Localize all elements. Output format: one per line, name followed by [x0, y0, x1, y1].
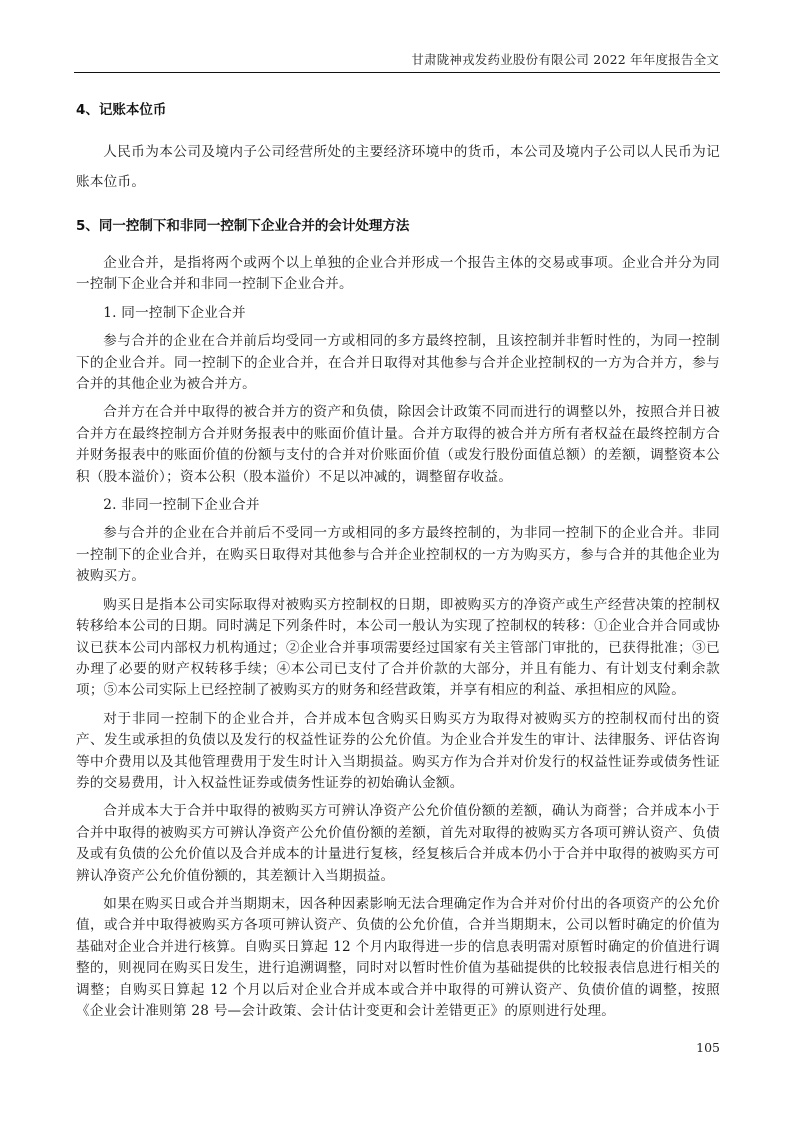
- spacer: [76, 296, 720, 303]
- spacer: [76, 887, 720, 894]
- spacer: [76, 516, 720, 523]
- subsection-1-paragraph: 参与合并的企业在合并前后均受同一方或相同的多方最终控制，且该控制并非暂时性的，为…: [76, 331, 720, 395]
- section-5-intro-paragraph: 企业合并，是指将两个或两个以上单独的企业合并形成一个报告主体的交易或事项。企业合…: [76, 253, 720, 296]
- spacer: [76, 395, 720, 402]
- section-4-heading: 4、记账本位币: [76, 99, 720, 121]
- section-5-heading: 5、同一控制下和非同一控制下企业合并的会计处理方法: [76, 215, 720, 237]
- header-divider: [74, 72, 720, 73]
- subsection-2-paragraph: 购买日是指本公司实际取得对被购买方控制权的日期，即被购买方的净资产或生产经营决策…: [76, 595, 720, 702]
- spacer: [76, 488, 720, 495]
- subsection-2-title: 2. 非同一控制下企业合并: [76, 495, 720, 516]
- spacer: [76, 237, 720, 253]
- spacer: [76, 324, 720, 331]
- subsection-2-paragraph: 合并成本大于合并中取得的被购买方可辨认净资产公允价值份额的差额，确认为商誉；合并…: [76, 801, 720, 887]
- spacer: [76, 702, 720, 709]
- section-4-paragraph: 人民币为本公司及境内子公司经营所处的主要经济环境中的货币，本公司及境内子公司以人…: [76, 137, 720, 197]
- page-number: 105: [690, 1040, 720, 1056]
- spacer: [76, 794, 720, 801]
- document-body: 4、记账本位币 人民币为本公司及境内子公司经营所处的主要经济环境中的货币，本公司…: [76, 99, 720, 1022]
- spacer: [76, 197, 720, 215]
- subsection-2-paragraph: 参与合并的企业在合并前后不受同一方或相同的多方最终控制的，为非同一控制下的企业合…: [76, 523, 720, 587]
- spacer: [76, 588, 720, 595]
- subsection-2-paragraph: 对于非同一控制下的企业合并，合并成本包含购买日购买方为取得对被购买方的控制权而付…: [76, 709, 720, 795]
- spacer: [76, 121, 720, 137]
- running-header: 甘肃陇神戎发药业股份有限公司 2022 年年度报告全文: [74, 52, 719, 68]
- subsection-1-title: 1. 同一控制下企业合并: [76, 303, 720, 324]
- subsection-2-paragraph: 如果在购买日或合并当期期末，因各种因素影响无法合理确定作为合并对价付出的各项资产…: [76, 894, 720, 1022]
- subsection-1-paragraph: 合并方在合并中取得的被合并方的资产和负债，除因会计政策不同而进行的调整以外，按照…: [76, 402, 720, 488]
